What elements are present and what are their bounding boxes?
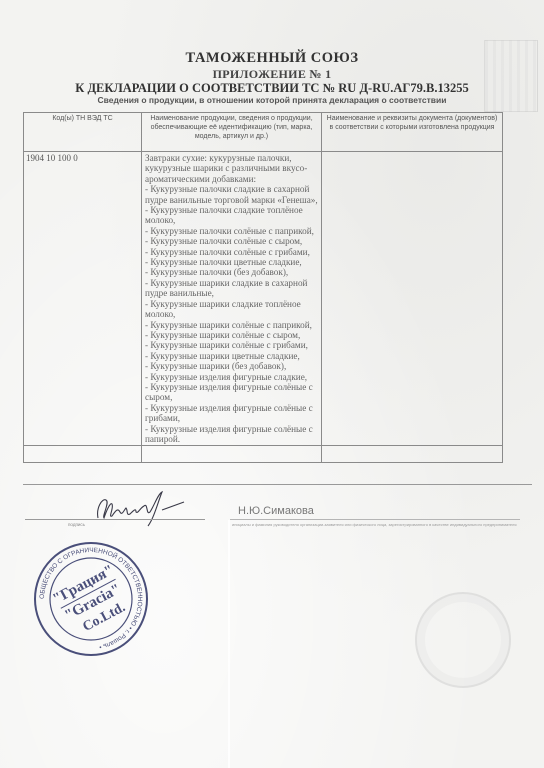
list-item: - Кукурузные изделия фигурные солёные с …: [145, 424, 319, 445]
product-table: Код(ы) ТН ВЭД ТС Наименование продукции,…: [23, 112, 503, 463]
list-item: - Кукурузные шарики цветные сладкие,: [145, 351, 319, 361]
company-seal: ОБЩЕСТВО С ОГРАНИЧЕННОЙ ОТВЕТСТВЕННОСТЬЮ…: [32, 540, 150, 658]
list-item: - Кукурузные изделия фигурные солёные с …: [145, 382, 319, 403]
name-line: [230, 519, 520, 520]
list-item: - Кукурузные шарики солёные с сыром,: [145, 330, 319, 340]
list-item: - Кукурузные палочки сладкие в сахарной …: [145, 184, 319, 205]
table-empty-row: [24, 446, 503, 463]
declaration-number: К ДЕКЛАРАЦИИ О СООТВЕТСТВИИ ТС № RU Д-RU…: [0, 81, 544, 96]
signer-caption: инициалы и фамилия руководителя организа…: [232, 522, 522, 527]
handwritten-signature: [92, 488, 188, 528]
standard-document: [322, 152, 503, 446]
signer-name: Н.Ю.Симакова: [238, 505, 314, 517]
document-title: ТАМОЖЕННЫЙ СОЮЗ: [0, 50, 544, 67]
header-code: Код(ы) ТН ВЭД ТС: [24, 113, 142, 152]
header-product: Наименование продукции, сведения о проду…: [142, 113, 322, 152]
list-item: - Кукурузные изделия фигурные солёные с …: [145, 403, 319, 424]
list-item: - Кукурузные шарики сладкие топлёное мол…: [145, 299, 319, 320]
list-item: - Кукурузные палочки солёные с паприкой,: [145, 226, 319, 236]
list-item: - Кукурузные палочки солёные с грибами,: [145, 247, 319, 257]
list-item: - Кукурузные шарики сладкие в сахарной п…: [145, 278, 319, 299]
product-code: 1904 10 100 0: [24, 152, 142, 446]
appendix-title: ПРИЛОЖЕНИЕ № 1: [0, 67, 544, 82]
product-list: Завтраки сухие: кукурузные палочки, куку…: [142, 152, 322, 446]
header-document: Наименование и реквизиты документа (доку…: [322, 113, 503, 152]
list-item: - Кукурузные шарики солёные с грибами,: [145, 340, 319, 350]
list-item: - Кукурузные шарики (без добавок),: [145, 361, 319, 371]
table-bottom-rule: [23, 484, 532, 485]
list-item: - Кукурузные изделия фигурные сладкие,: [145, 372, 319, 382]
list-item: - Кукурузные палочки сладкие топлёное мо…: [145, 205, 319, 226]
signature-line: [25, 519, 205, 520]
list-item: - Кукурузные палочки солёные с сыром,: [145, 236, 319, 246]
table-header-row: Код(ы) ТН ВЭД ТС Наименование продукции,…: [24, 113, 503, 152]
list-item: - Кукурузные шарики солёные с паприкой,: [145, 320, 319, 330]
bleed-through-seal: [415, 592, 511, 688]
document-subtitle: Сведения о продукции, в отношении которо…: [0, 95, 544, 105]
list-item: - Кукурузные палочки цветные сладкие,: [145, 257, 319, 267]
paper-fold: [228, 520, 230, 768]
signature-caption: подпись: [68, 522, 85, 527]
list-item: Завтраки сухие: кукурузные палочки, куку…: [145, 153, 319, 184]
list-item: - Кукурузные палочки (без добавок),: [145, 267, 319, 277]
table-row: 1904 10 100 0 Завтраки сухие: кукурузные…: [24, 152, 503, 446]
